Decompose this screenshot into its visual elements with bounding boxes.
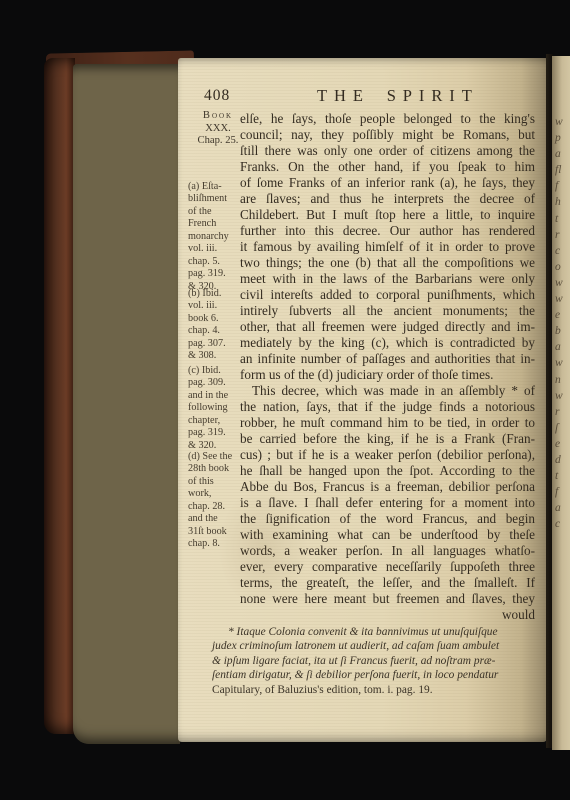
catchword: would bbox=[240, 607, 535, 623]
text-line: it famous by availing himſelf of it in o… bbox=[240, 239, 535, 255]
footnote-block: * Itaque Colonia convenit & ita bannivim… bbox=[212, 625, 535, 697]
text-line: two things; the one (b) that all the com… bbox=[240, 255, 535, 271]
chapter-sidenote: Book XXX. Chap. 25. bbox=[188, 110, 248, 148]
sidenote-c: (c) Ibid. pag. 309. and in the following… bbox=[188, 365, 248, 452]
page-number: 408 bbox=[204, 87, 230, 105]
text-line: is a ſlave. I ſhall defer entering for a… bbox=[240, 495, 535, 511]
text-line: of ſome Franks of an inferior rank (a), … bbox=[240, 175, 535, 191]
footnote-line: ſentiam dirigatur, & ſi debilior perſona… bbox=[212, 668, 535, 682]
running-header: THE SPIRIT bbox=[317, 86, 479, 106]
text-line: mediately by the king (c), which is cont… bbox=[240, 335, 535, 351]
text-line: robber, he muſt command him to be tied, … bbox=[240, 415, 535, 431]
text-line: are ſlaves; and thus he interprets the d… bbox=[240, 191, 535, 207]
text-line: Franks. On the other hand, if you ſpeak … bbox=[240, 159, 535, 175]
text-line-paragraph-start: This decree, which was made in an aſſemb… bbox=[240, 383, 535, 399]
book-scan: 408 THE SPIRIT Book XXX. Chap. 25. (a) E… bbox=[0, 0, 570, 800]
text-line: intirely ſubverts all the ancient monume… bbox=[240, 303, 535, 319]
text-line: with examining what can be underſtood by… bbox=[240, 527, 535, 543]
book-page: 408 THE SPIRIT Book XXX. Chap. 25. (a) E… bbox=[178, 58, 547, 742]
footnote-line: * Itaque Colonia convenit & ita bannivim… bbox=[212, 625, 535, 639]
text-line: be carried before the king, if he is a F… bbox=[240, 431, 535, 447]
facing-page-partial-text: w p a fl f h t r c o w w e b a w n w r ſ… bbox=[552, 56, 570, 532]
text-line: cus) ; but if he is a weaker perſon (deb… bbox=[240, 447, 535, 463]
footnote-line: & ipſum ligare faciat, ita ut ſi Francus… bbox=[212, 654, 535, 668]
book-fore-edge-pages bbox=[73, 64, 180, 744]
text-line: terms, the greateſt, the leſſer, and the… bbox=[240, 575, 535, 591]
text-line: meet with in the laws of the Barbarians … bbox=[240, 271, 535, 287]
text-line: ſtill there was only one order of citize… bbox=[240, 143, 535, 159]
sidenote-d: (d) See the 28th book of this work, chap… bbox=[188, 451, 248, 551]
sidenote-b: (b) Ibid. vol. iii. book 6. chap. 4. pag… bbox=[188, 288, 248, 363]
text-line: elſe, he ſays, thoſe people belonged to … bbox=[240, 111, 535, 127]
footnote-citation-line: Capitulary, of Baluzius's edition, tom. … bbox=[212, 683, 535, 697]
book-cover-spine bbox=[44, 58, 75, 734]
chapter-sidenote-book: Book bbox=[188, 110, 248, 123]
text-line: council; nay, they poſſibly might be Rom… bbox=[240, 127, 535, 143]
chapter-sidenote-chap: Chap. 25. bbox=[188, 135, 248, 148]
text-line: none were here meant but freemen and ſla… bbox=[240, 591, 535, 607]
text-line: civil intereſts added to corporal puniſh… bbox=[240, 287, 535, 303]
text-line-paragraph-end: form us of the (d) judiciary order of th… bbox=[240, 367, 535, 383]
text-line: the nation, ſays, that if the judge find… bbox=[240, 399, 535, 415]
text-line: further into this decree. Our author has… bbox=[240, 223, 535, 239]
text-line: other, that all freemen were judged dire… bbox=[240, 319, 535, 335]
footnote-line: judex criminoſum latronem ut audierit, a… bbox=[212, 639, 535, 653]
text-line: words, a weaker perſon. In all languages… bbox=[240, 543, 535, 559]
text-line: the ſignification of the word Francus, a… bbox=[240, 511, 535, 527]
sidenote-a: (a) Eſta- bliſhment of the French monarc… bbox=[188, 181, 248, 293]
text-line: an infinite number of paſſages and autho… bbox=[240, 351, 535, 367]
text-line: Abbe du Bos, Francus is a freeman, debil… bbox=[240, 479, 535, 495]
text-line: he ſhall be hanged upon the ſpot. Accord… bbox=[240, 463, 535, 479]
main-text-column: elſe, he ſays, thoſe people belonged to … bbox=[240, 111, 535, 607]
text-line: ever, every comparative neceſſarily ſupp… bbox=[240, 559, 535, 575]
chapter-sidenote-number: XXX. bbox=[188, 123, 248, 136]
facing-page-sliver: w p a fl f h t r c o w w e b a w n w r ſ… bbox=[552, 56, 570, 750]
text-line: Childebert. But I muſt ſtop here a littl… bbox=[240, 207, 535, 223]
